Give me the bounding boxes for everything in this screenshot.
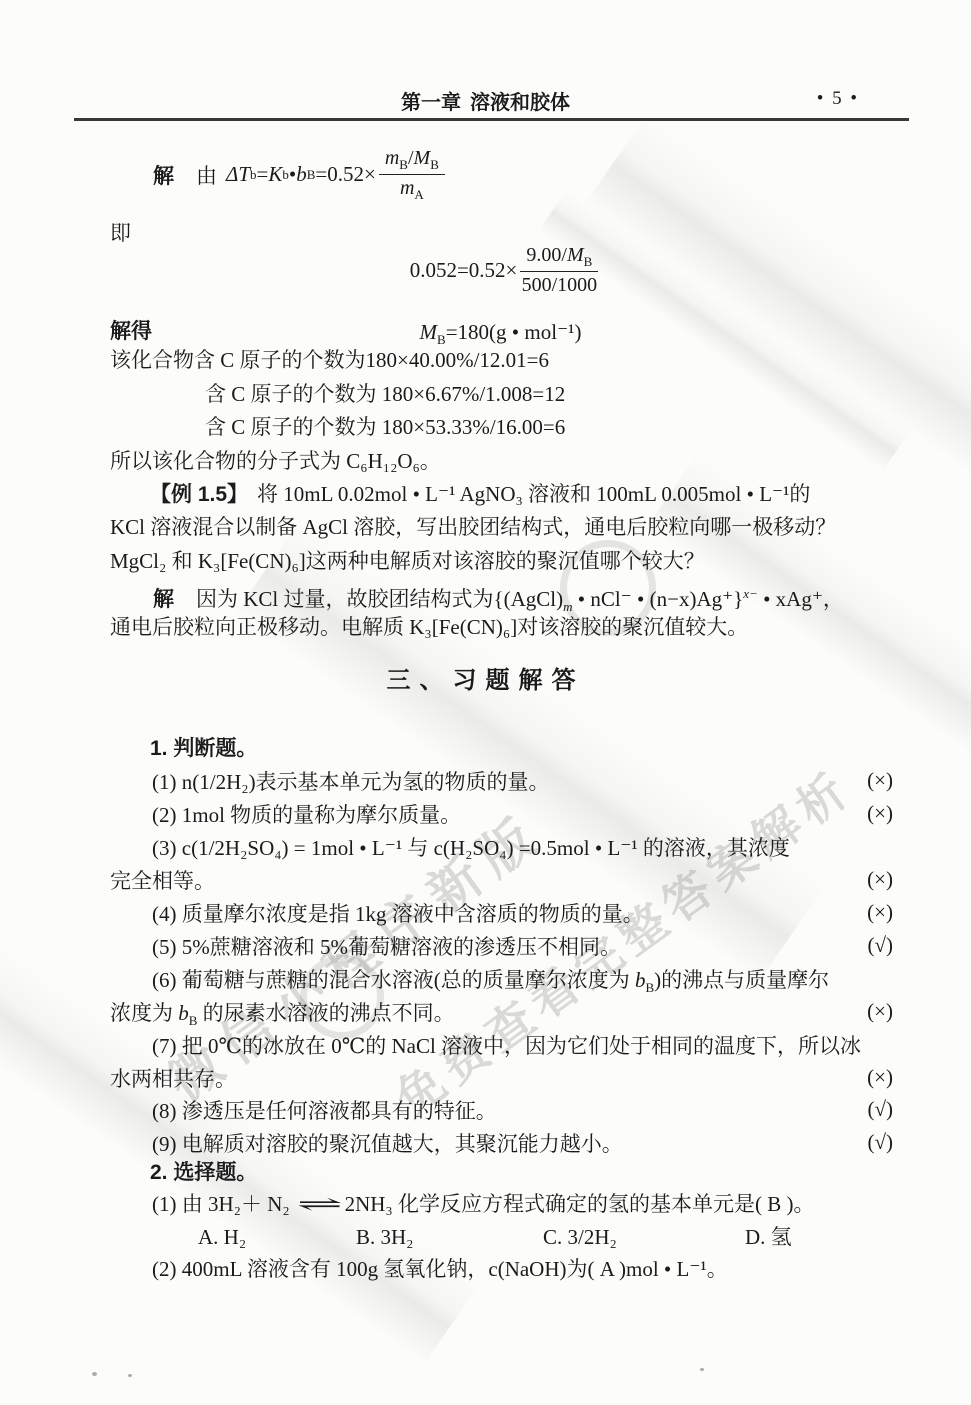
judge-item-1: (1) n(1/2H₂)表示基本单元为氢的物质的量。 [152, 768, 550, 796]
eq1-num-M: M [414, 147, 431, 169]
choice-q2-text: 400mL 溶液含有 100g 氢氧化钠，c(NaOH)为( A )mol • … [182, 1257, 728, 1281]
judge-item-9-no: (9) [152, 1132, 177, 1156]
choice-q2: (2) 400mL 溶液含有 100g 氢氧化钠，c(NaOH)为( A )mo… [152, 1255, 728, 1283]
eq1-num-m-sub: B [399, 157, 408, 172]
judge-item-3: (3) c(1/2H₂SO₄) = 1mol • L⁻¹ 与 c(H₂SO₄) … [152, 834, 790, 862]
eq1-b: b [296, 162, 307, 187]
example-1-5-text1: 将 10mL 0.02mol • L⁻¹ AgNO₃ 溶液和 100mL 0.0… [257, 482, 810, 506]
judge-item-1-no: (1) [152, 770, 177, 794]
judge-item-3-no: (3) [152, 836, 177, 860]
judge-item-4: (4) 质量摩尔浓度是指 1kg 溶液中含溶质的物质的量。 [152, 900, 644, 928]
judge-item-8-no: (8) [152, 1099, 177, 1123]
chapter-title: 溶液和胶体 [470, 92, 570, 114]
judge-item-9: (9) 电解质对溶胶的聚沉值越大，其聚沉能力越小。 [152, 1130, 623, 1158]
judge-item-3-wrap: 完全相等。 [110, 867, 215, 895]
micelle-formula-mid: • nCl⁻ • (n−x)Ag⁺} [572, 587, 743, 611]
scan-speck [92, 1372, 97, 1376]
micelle-formula-end: • xAg⁺， [758, 587, 844, 611]
choice-q1-no: (1) [152, 1192, 177, 1216]
judge-item-9-mark: (√) [867, 1130, 893, 1155]
judge-item-4-text: 质量摩尔浓度是指 1kg 溶液中含溶质的物质的量。 [182, 902, 644, 926]
eq2-num-M-sub: B [584, 254, 593, 269]
example-1-5-line2: KCl 溶液混合以制备 AgCl 溶胶，写出胶团结构式，通电后胶粒向哪一极移动？ [110, 513, 836, 541]
judge-item-5-text: 5%蔗糖溶液和 5%葡萄糖溶液的渗透压不相同。 [182, 935, 621, 959]
page-number: • 5 • [817, 88, 859, 110]
section-heading: 三、习题解答 [0, 660, 971, 695]
molecular-formula-conclusion: 所以该化合物的分子式为 C₆H₁₂O₆。 [110, 447, 441, 475]
eq1-fraction-denominator: mA [400, 175, 424, 203]
eq2-num-pre: 9.00/ [526, 244, 567, 266]
micelle-sup-charge: x− [743, 586, 758, 601]
judge-item-6-b: b [635, 968, 646, 992]
judge-item-6-b-sub: B [646, 980, 655, 995]
eq1-den-m-sub: A [414, 187, 423, 202]
example-1-5-line1: 【例 1.5】将 10mL 0.02mol • L⁻¹ AgNO₃ 溶液和 10… [150, 480, 810, 509]
judge-item-7-no: (7) [152, 1034, 177, 1058]
solve-label: 解 [153, 160, 174, 190]
chapter-label: 第一章 [401, 92, 461, 114]
judge-item-4-mark: (×) [867, 900, 893, 925]
judge-item-6-wb: b [178, 1001, 189, 1025]
eq1-b-sub: B [307, 167, 316, 183]
judge-item-4-no: (4) [152, 902, 177, 926]
eq1-fraction: mB/MB mA [379, 146, 445, 204]
eq2-fraction-denominator: 500/1000 [522, 272, 598, 298]
judge-item-2-mark: (×) [867, 801, 893, 826]
judge-item-2-no: (2) [152, 803, 177, 827]
judge-item-6-no: (6) [152, 968, 177, 992]
eq2-fraction-numerator: 9.00/MB [520, 243, 598, 272]
judge-item-8: (8) 渗透压是任何溶液都具有的特征。 [152, 1097, 497, 1125]
judge-item-3-mark: (×) [867, 867, 893, 892]
eq1-dot: • [289, 162, 296, 187]
eq1-num-M-sub: B [430, 157, 439, 172]
scan-speck [128, 1374, 132, 1377]
eq3-M-sub: B [437, 332, 446, 347]
choice-q2-no: (2) [152, 1257, 177, 1281]
eq1-K: K [268, 162, 282, 187]
judge-item-8-mark: (√) [867, 1097, 893, 1122]
eq3-M: M [420, 320, 438, 344]
eq1-dT: ΔT [226, 162, 250, 187]
judge-item-7-text: 把 0℃的冰放在 0℃的 NaCl 溶液中，因为它们处于相同的温度下，所以冰 [182, 1034, 861, 1058]
eq1-factor: =0.52× [315, 162, 375, 187]
judge-item-5: (5) 5%蔗糖溶液和 5%葡萄糖溶液的渗透压不相同。 [152, 933, 621, 961]
choice-q1-option-a: A. H₂ [198, 1223, 246, 1251]
example-1-5-line3: MgCl₂ 和 K₃[Fe(CN)₆]这两种电解质对该溶胶的聚沉值哪个较大？ [110, 547, 705, 575]
example-1-5-solution-line2: 通电后胶粒向正极移动。电解质 K₃[Fe(CN)₆]对该溶胶的聚沉值较大。 [110, 613, 748, 641]
eq1-eq: = [257, 162, 269, 187]
micelle-formula-pre: 因为 KCl 过量，故胶团结构式为{(AgCl) [196, 587, 563, 611]
judge-item-6-text1: 葡萄糖与蔗糖的混合水溶液(总的质量摩尔浓度为 [182, 968, 635, 992]
choice-section-title: 2. 选择题。 [150, 1159, 257, 1187]
scanned-textbook-page: 微信小程序新版 免费查看完整答案解析 第一章溶液和胶体 • 5 • 解 由 ΔT… [0, 0, 971, 1405]
judge-item-7-mark: (×) [867, 1065, 893, 1090]
choice-q1-option-c: C. 3/2H₂ [543, 1223, 617, 1251]
choice-q1-option-d: D. 氢 [745, 1223, 792, 1251]
judge-item-5-no: (5) [152, 935, 177, 959]
judge-item-5-mark: (√) [867, 933, 893, 958]
eq1-den-m: m [400, 177, 414, 199]
equation-numeric-wrap: 0.052=0.52× 9.00/MB 500/1000 [20, 243, 971, 298]
eq3-value: =180(g • mol⁻¹) [446, 320, 582, 344]
judge-item-7-wrap: 水两相共存。 [110, 1065, 236, 1093]
example-1-5-label: 【例 1.5】 [150, 483, 248, 506]
judge-item-6: (6) 葡萄糖与蔗糖的混合水溶液(总的质量摩尔浓度为 bB)的沸点与质量摩尔 [152, 966, 829, 1002]
header-rule [74, 118, 909, 121]
choice-q1-pre: 由 3H₂＋ N₂ [182, 1192, 295, 1216]
judge-item-3-text: c(1/2H₂SO₄) = 1mol • L⁻¹ 与 c(H₂SO₄) =0.5… [182, 836, 790, 860]
judge-item-6-wrap2: 的尿素水溶液的沸点不同。 [197, 1001, 454, 1025]
oxygen-count-line: 含 C 原子的个数为 180×53.33%/16.00=6 [205, 413, 565, 441]
eq2-num-M: M [567, 244, 584, 266]
judge-item-6-wrap1: 浓度为 [110, 1001, 178, 1025]
equation-numeric: 0.052=0.52× 9.00/MB 500/1000 [410, 243, 602, 298]
choice-q1: (1) 由 3H₂＋ N₂ ⇌2NH₃ 化学反应方程式确定的氢的基本单元是( B… [152, 1190, 815, 1218]
judge-item-2: (2) 1mol 物质的量称为摩尔质量。 [152, 801, 461, 829]
judge-item-8-text: 渗透压是任何溶液都具有的特征。 [182, 1099, 497, 1123]
judge-item-1-mark: (×) [867, 768, 893, 793]
choice-q1-post: 2NH₃ 化学反应方程式确定的氢的基本单元是( B )。 [345, 1192, 815, 1216]
judge-item-2-text: 1mol 物质的量称为摩尔质量。 [182, 803, 461, 827]
eq2-lhs: 0.052=0.52× [410, 258, 518, 283]
eq1-fraction-numerator: mB/MB [379, 146, 445, 175]
eq2-fraction: 9.00/MB 500/1000 [520, 243, 598, 298]
eq1-num-m: m [385, 147, 399, 169]
judge-item-6-mark: (×) [867, 999, 893, 1024]
judge-item-9-text: 电解质对溶胶的聚沉值越大，其聚沉能力越小。 [182, 1132, 623, 1156]
judge-item-7: (7) 把 0℃的冰放在 0℃的 NaCl 溶液中，因为它们处于相同的温度下，所… [152, 1032, 861, 1060]
equation-molar-mass: MB=180(g • mol⁻¹) [420, 320, 582, 344]
carbon-count-line: 该化合物含 C 原子的个数为180×40.00%/12.01=6 [110, 346, 549, 374]
equilibrium-arrow: ⇌ [297, 1190, 343, 1218]
equation-boiling-point: 解 由 ΔTb=Kb • bB=0.52× mB/MB mA [153, 146, 448, 204]
judge-item-6-wrap: 浓度为 bB 的尿素水溶液的沸点不同。 [110, 999, 455, 1035]
judge-item-1-text: n(1/2H₂)表示基本单元为氢的物质的量。 [182, 770, 550, 794]
equation-lead: 由 [196, 160, 217, 190]
solve-label-2: 解 [153, 588, 174, 611]
hydrogen-count-line: 含 C 原子的个数为 180×6.67%/1.008=12 [205, 380, 565, 408]
judge-section-title: 1. 判断题。 [150, 735, 257, 763]
judge-item-6-text2: )的沸点与质量摩尔 [654, 968, 829, 992]
choice-q1-option-b: B. 3H₂ [356, 1223, 414, 1251]
scan-speck [700, 1368, 704, 1371]
